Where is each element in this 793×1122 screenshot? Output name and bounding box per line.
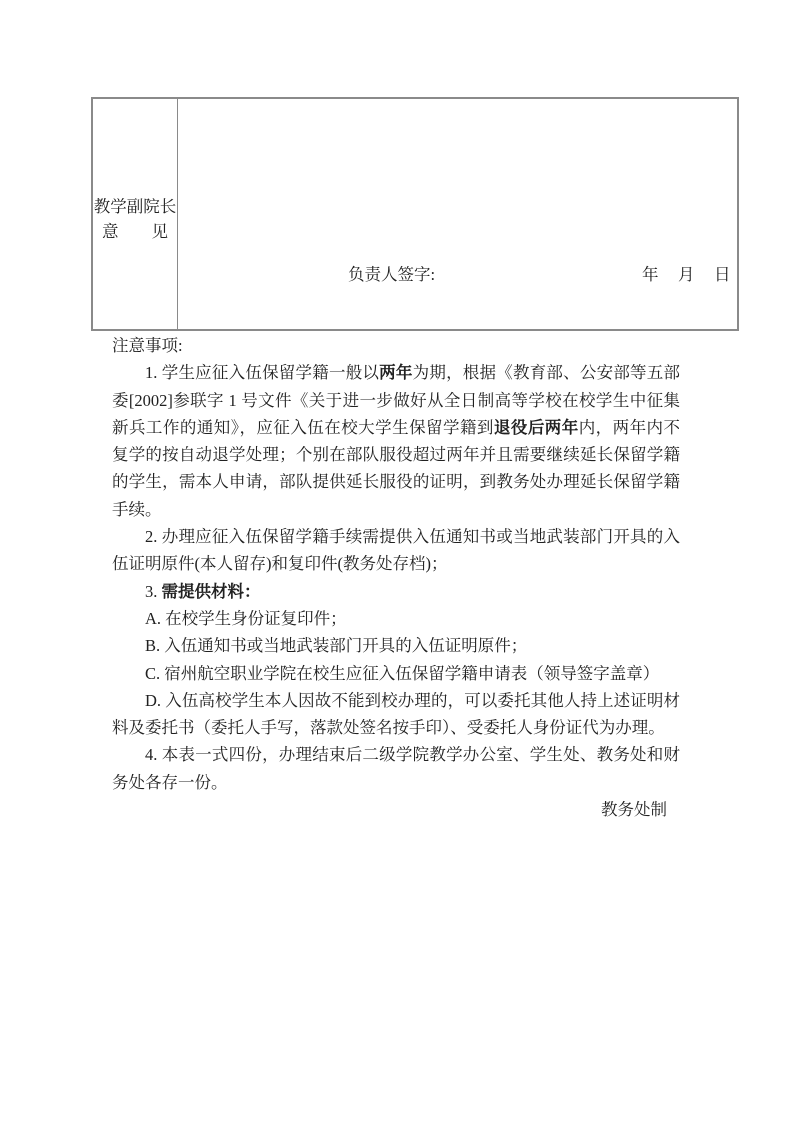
note-1-bold-two-years: 两年: [379, 363, 412, 382]
notes-heading: 注意事项:: [112, 332, 680, 359]
note-item-4: 4. 本表一式四份，办理结束后二级学院教学办公室、学生处、教务处和财务处各存一份…: [112, 741, 680, 796]
note-item-1: 1. 学生应征入伍保留学籍一般以两年为期，根据《教育部、公安部等五部委[2002…: [112, 359, 680, 523]
document-page: 教学副院长 意 见 负责人签字: 年 月 日 注意事项: 1. 学生应征入伍保留…: [0, 0, 793, 1122]
issuer-note: 教务处制: [112, 796, 680, 823]
note-item-3b: B. 入伍通知书或当地武装部门开具的入伍证明原件；: [112, 632, 680, 659]
signature-row: 负责人签字: 年 月 日: [178, 265, 737, 285]
note-item-2: 2. 办理应征入伍保留学籍手续需提供入伍通知书或当地武装部门开具的入伍证明原件(…: [112, 523, 680, 578]
approval-row-label-line2: 意 见: [102, 219, 168, 244]
note-item-3: 3. 需提供材料：: [112, 578, 680, 605]
note-1-bold-after-discharge: 退役后两年: [494, 418, 579, 437]
notes-section: 注意事项: 1. 学生应征入伍保留学籍一般以两年为期，根据《教育部、公安部等五部…: [112, 332, 680, 823]
approval-row-label-cell: 教学副院长 意 见: [93, 99, 178, 329]
approval-opinion-cell: 负责人签字: 年 月 日: [178, 99, 737, 329]
note-item-3d: D. 入伍高校学生本人因故不能到校办理的，可以委托其他人持上述证明材料及委托书（…: [112, 687, 680, 742]
note-item-3c: C. 宿州航空职业学院在校生应征入伍保留学籍申请表（领导签字盖章）: [112, 660, 680, 687]
date-placeholder: 年 月 日: [642, 265, 732, 285]
note-3-number: 3.: [145, 582, 162, 601]
approval-table: 教学副院长 意 见 负责人签字: 年 月 日: [91, 97, 739, 331]
note-1-text-pre: 1. 学生应征入伍保留学籍一般以: [145, 363, 379, 382]
note-3-bold-materials: 需提供材料：: [162, 582, 261, 601]
signature-label: 负责人签字:: [348, 265, 435, 285]
approval-row-label-line1: 教学副院长: [94, 194, 177, 219]
note-item-3a: A. 在校学生身份证复印件；: [112, 605, 680, 632]
